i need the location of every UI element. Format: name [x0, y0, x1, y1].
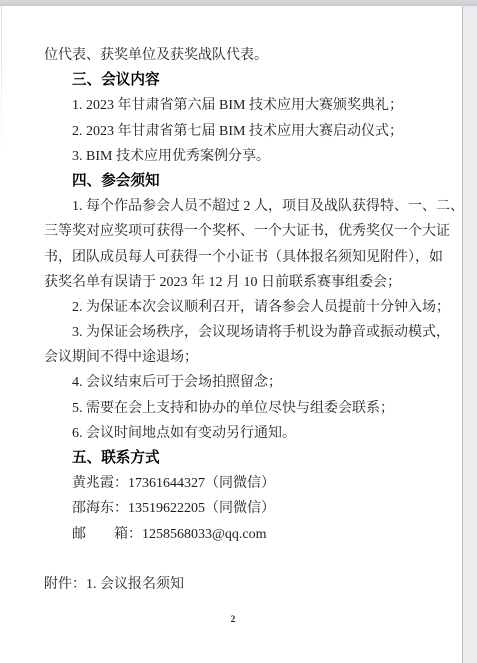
list-item-case-sharing: 3. BIM 技术应用优秀案例分享。	[44, 144, 438, 169]
page-number: 2	[0, 615, 466, 625]
note-item-5: 5. 需要在会上支持和协办的单位尽快与组委会联系；	[44, 396, 438, 421]
attachment-note: 附件：1. 会议报名须知	[44, 572, 438, 597]
contact-shao-haidong: 邵海东：13519622205（同微信）	[44, 496, 438, 521]
note-item-1-line-4: 获奖名单有误请于 2023 年 12 月 10 日前联系赛事组委会；	[44, 270, 438, 295]
note-item-3-line-2: 会议期间不得中途退场；	[44, 345, 438, 370]
note-item-1-line-1: 1. 每个作品参会人员不超过 2 人，项目及战队获得特、一、二、	[44, 194, 438, 219]
heading-section-4-attendance-notes: 四、参会须知	[44, 169, 438, 194]
note-item-3-line-1: 3. 为保证会场秩序，会议现场请将手机设为静音或振动模式，	[44, 320, 438, 345]
contact-huang-zhaoxia: 黄兆霞：17361644327（同微信）	[44, 471, 438, 496]
document-body: 位代表、获奖单位及获奖战队代表。 三、会议内容 1. 2023 年甘肃省第六届 …	[44, 43, 438, 597]
note-item-4: 4. 会议结束后可于会场拍照留念；	[44, 370, 438, 395]
list-item-award-ceremony: 1. 2023 年甘肃省第六届 BIM 技术应用大赛颁奖典礼；	[44, 93, 438, 118]
page-right-margin-gutter	[462, 0, 477, 663]
body-text-line: 位代表、获奖单位及获奖战队代表。	[44, 43, 438, 68]
heading-section-5-contact-info: 五、联系方式	[44, 446, 438, 471]
note-item-2: 2. 为保证本次会议顺利召开，请各参会人员提前十分钟入场；	[44, 295, 438, 320]
page-left-edge-shadow	[1, 6, 2, 156]
window-top-edge	[0, 0, 477, 6]
note-item-1-line-3: 书，团队成员每人可获得一个小证书（具体报名须知见附件），如	[44, 245, 438, 270]
contact-email: 邮 箱：1258568033@qq.com	[44, 522, 438, 547]
list-item-launch-ceremony: 2. 2023 年甘肃省第七届 BIM 技术应用大赛启动仪式；	[44, 119, 438, 144]
note-item-1-line-2: 三等奖对应奖项可获得一个奖杯、一个大证书，优秀奖仅一个大证	[44, 219, 438, 244]
note-item-6: 6. 会议时间地点如有变动另行通知。	[44, 421, 438, 446]
document-page: { "colors": { "page_background": "#fffff…	[0, 0, 477, 663]
heading-section-3-meeting-content: 三、会议内容	[44, 68, 438, 93]
